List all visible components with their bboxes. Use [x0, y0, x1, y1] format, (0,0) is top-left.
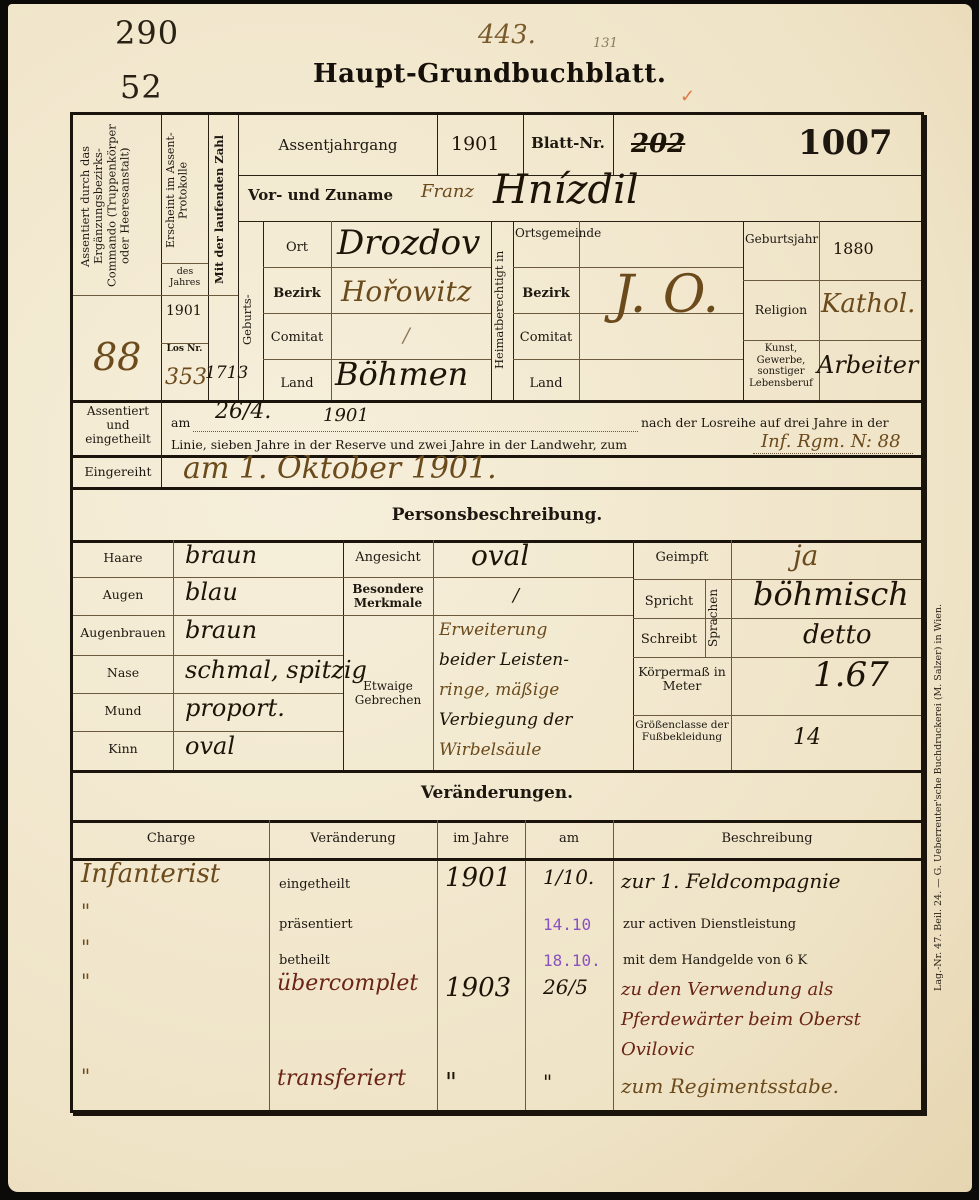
- heimat-land-label: Land: [515, 377, 577, 392]
- birth-land-value: Böhmen: [335, 355, 468, 393]
- heimat-ortsgemeinde-label: Ortsgemeinde: [515, 227, 577, 241]
- heimatberechtigt-label: Heimatberechtigt in: [493, 230, 511, 390]
- birth-comitat-label: Comitat: [265, 331, 329, 346]
- koerpermass-label: Körpermaß in Meter: [635, 665, 729, 694]
- person-attr-label: Augen: [75, 588, 171, 602]
- veraenderung-cell: betheilt: [279, 953, 330, 968]
- birth-land-label: Land: [265, 377, 329, 392]
- blatt-nr-struck: 202: [631, 129, 685, 159]
- page-title: Haupt-Grundbuchblatt.: [313, 59, 666, 89]
- jahr-cell: 1901: [445, 863, 511, 893]
- los-nr-label: Los Nr.: [161, 344, 208, 354]
- person-attr-value: oval: [185, 732, 235, 760]
- geburtsjahr-label: Geburtsjahr: [745, 233, 817, 247]
- person-attr-value: proport.: [185, 694, 285, 722]
- am-cell: 1/10.: [543, 865, 594, 889]
- pencil-number: 443.: [478, 20, 536, 50]
- small-pencil-number: 131: [593, 36, 618, 51]
- stamp-number-top: 290: [115, 14, 179, 52]
- laufende-zahl-value: 1713: [205, 363, 248, 383]
- fuss-value: 14: [793, 725, 821, 750]
- merkmale-label: Besondere Merkmale: [345, 583, 431, 611]
- person-attr-value: braun: [185, 541, 257, 569]
- heimat-comitat-label: Comitat: [515, 331, 577, 346]
- merkmale-value: /: [513, 585, 519, 606]
- jahr-cell: 1903: [445, 973, 511, 1003]
- blatt-nr-value: 1007: [798, 123, 893, 163]
- beschreibung-cell: zum Regimentsstabe.: [621, 1074, 839, 1098]
- blatt-nr-label: Blatt-Nr.: [528, 135, 608, 152]
- angesicht-value: oval: [471, 539, 529, 572]
- birth-ort-label: Ort: [265, 241, 329, 256]
- eingereiht-value: am 1. Oktober 1901.: [183, 451, 497, 486]
- charge-cell: ": [81, 899, 90, 923]
- gebrechen-line: Erweiterung: [439, 620, 547, 640]
- column-header: Veränderung: [269, 832, 437, 847]
- religion-label: Religion: [745, 303, 817, 317]
- geimpft-label: Geimpft: [635, 551, 729, 566]
- spricht-label: Spricht: [635, 595, 703, 610]
- heimat-bezirk-label: Bezirk: [515, 287, 577, 302]
- assentiert-year: 1901: [323, 405, 369, 426]
- assentiert-am-label: am: [171, 415, 190, 430]
- printer-imprint: Lag.-Nr. 47. Beil. 24. — G. Ueberreuter'…: [933, 604, 944, 991]
- assentiert-label: Assentiert und eingetheilt: [75, 405, 161, 446]
- beschreibung-cell: zur 1. Feldcompagnie: [621, 869, 840, 893]
- column-header: im Jahre: [437, 832, 525, 847]
- fuss-label: Größenclasse der Fußbekleidung: [635, 719, 729, 743]
- person-attr-value: blau: [185, 578, 238, 606]
- veraenderung-cell: übercomplet: [277, 971, 418, 996]
- religion-value: Kathol.: [821, 289, 915, 319]
- charge-cell: ": [81, 1064, 90, 1088]
- birth-ort-value: Drozdov: [337, 223, 480, 263]
- sprachen-label: Sprachen: [707, 585, 729, 651]
- person-attr-label: Kinn: [75, 742, 171, 756]
- person-attr-label: Augenbrauen: [75, 626, 171, 640]
- charge-cell: ": [81, 969, 90, 993]
- charge-cell: Infanterist: [81, 859, 220, 889]
- assentiert-text-1: nach der Losreihe auf drei Jahre in der: [641, 415, 889, 430]
- column-header: Charge: [73, 832, 269, 847]
- person-attr-value: braun: [185, 616, 257, 644]
- erscheint-label: Erscheint im Assent-Protokolle: [165, 123, 205, 258]
- heimat-value: J. O.: [613, 265, 719, 325]
- gebrechen-line: Wirbelsäule: [439, 740, 541, 760]
- assentiert-text-2: Linie, sieben Jahre in der Reserve und z…: [171, 437, 627, 452]
- birth-comitat-value: /: [403, 323, 410, 347]
- first-name: Franz: [421, 181, 474, 202]
- assentiert-date: 26/4.: [215, 399, 271, 424]
- gebrechen-line: ringe, mäßige: [439, 680, 559, 700]
- name-label: Vor- und Zuname: [248, 187, 393, 204]
- birth-bezirk-label: Bezirk: [265, 287, 329, 302]
- veraenderung-cell: eingetheilt: [279, 877, 350, 892]
- veraenderungen-title: Veränderungen.: [73, 783, 921, 803]
- surname: Hnízdil: [493, 167, 639, 213]
- person-attr-label: Nase: [75, 666, 171, 680]
- gebrechen-line: beider Leisten-: [439, 650, 569, 670]
- beschreibung-cell: zu den Verwendung als Pferdewärter beim …: [621, 975, 911, 1065]
- birth-bezirk-value: Hořowitz: [341, 275, 471, 308]
- angesicht-label: Angesicht: [345, 551, 431, 566]
- des-jahres-value: 1901: [166, 303, 202, 319]
- jahr-cell: ": [445, 1068, 457, 1098]
- geburts-label: Geburts-: [241, 290, 261, 350]
- column-header: Beschreibung: [613, 832, 921, 847]
- assentiert-durch-value: 88: [93, 335, 141, 379]
- stamp-number-bottom: 52: [120, 68, 163, 106]
- geburtsjahr-value: 1880: [833, 239, 874, 258]
- person-attr-label: Mund: [75, 704, 171, 718]
- beruf-label: Kunst, Gewerbe, sonstiger Lebensberuf: [745, 343, 817, 389]
- person-attr-value: schmal, spitzig: [185, 656, 367, 684]
- am-cell: 26/5: [543, 975, 588, 999]
- personsbeschreibung-title: Personsbeschreibung.: [73, 505, 921, 525]
- geimpft-value: ja: [793, 539, 818, 572]
- am-stamp-cell: 18.10.: [543, 951, 601, 970]
- person-attr-label: Haare: [75, 551, 171, 565]
- am-stamp-cell: 14.10: [543, 915, 591, 934]
- am-cell: ": [543, 1070, 552, 1094]
- document-page: 290 52 443. 131 ✓ Haupt-Grundbuchblatt. …: [8, 4, 972, 1192]
- koerpermass-value: 1.67: [813, 655, 889, 695]
- veraenderung-cell: transferiert: [277, 1066, 406, 1091]
- laufende-zahl-label: Mit der laufenden Zahl: [213, 125, 235, 295]
- assentiert-durch-label: Assentiert durch das Ergänzungsbezirks-C…: [79, 121, 157, 291]
- gebrechen-label: Etwaige Gebrechen: [345, 680, 431, 708]
- assentiert-unit: Inf. Rgm. N: 88: [761, 431, 901, 452]
- beschreibung-cell: zur activen Dienstleistung: [623, 917, 796, 932]
- des-jahres-label: des Jahres: [163, 267, 207, 289]
- spricht-value: böhmisch: [753, 575, 909, 613]
- gebrechen-line: Verbiegung der: [439, 710, 572, 730]
- assentjahrgang-value: 1901: [451, 133, 499, 155]
- eingereiht-label: Eingereiht: [75, 465, 161, 479]
- los-nr-value: 353: [165, 365, 207, 390]
- charge-cell: ": [81, 935, 90, 959]
- beschreibung-cell: mit dem Handgelde von 6 K: [623, 953, 807, 968]
- assentjahrgang-label: Assentjahrgang: [243, 137, 433, 154]
- column-header: am: [525, 832, 613, 847]
- schreibt-value: detto: [803, 620, 872, 650]
- red-check-icon: ✓: [680, 86, 695, 107]
- veraenderung-cell: präsentiert: [279, 917, 353, 932]
- beruf-value: Arbeiter: [817, 351, 918, 379]
- form-frame: Assentiert durch das Ergänzungsbezirks-C…: [70, 112, 924, 1113]
- schreibt-label: Schreibt: [635, 633, 703, 648]
